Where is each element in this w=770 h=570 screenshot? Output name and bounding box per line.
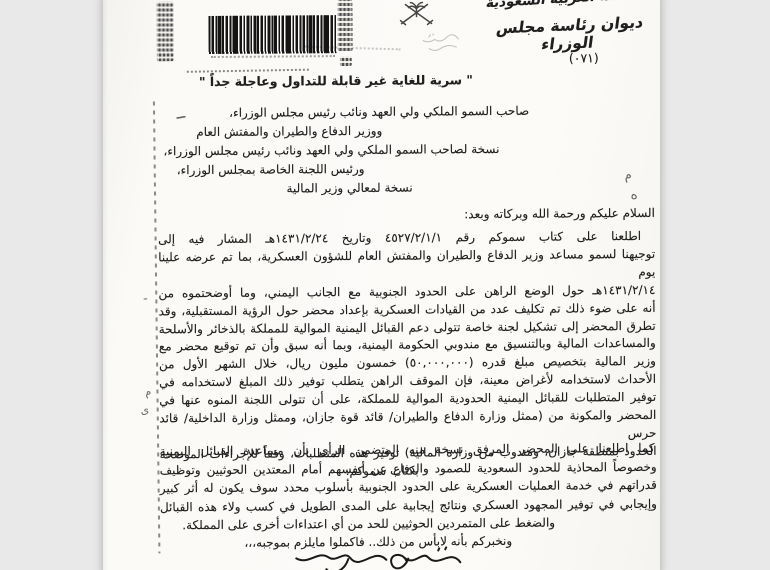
ornamental-border-left: [156, 1, 173, 61]
barcode: [208, 15, 336, 54]
body-text-line: والضغط على المتمردين الحوثيين للحد من أي…: [160, 513, 657, 535]
classification-banner: " سرية للغاية غير قابلة للتداول وعاجلة ج…: [160, 72, 512, 89]
margin-tick-mark: ــ: [175, 107, 186, 123]
recipient-line: صاحب السمو الملكي ولي العهد ونائب رئيس م…: [157, 102, 529, 124]
recipient-line: نسخة لصاحب السمو الملكي ولي العهد ونائب …: [157, 140, 499, 161]
dotted-separator: [187, 69, 309, 73]
signature-icon: [288, 544, 468, 570]
barcode-digits-row: [211, 55, 335, 58]
recipient-line: ورئيس اللجنة الخاصة بمجلس الوزراء،: [158, 160, 365, 180]
scanned-letter-screenshot: المملكة العربية السعودية ديوان رئاسة مجل…: [0, 0, 770, 570]
body-text-line: توجيهنا لسمو مساعد وزير الدفاع والطيران …: [158, 246, 655, 285]
right-margin-mark-bottom: ه: [630, 187, 639, 204]
saudi-emblem-icon: [396, 0, 436, 28]
recipient-line: نسخة لمعالي وزير المالية: [158, 179, 413, 200]
scan-content: المملكة العربية السعودية ديوان رئاسة مجل…: [101, 0, 662, 570]
paper-sheet: المملكة العربية السعودية ديوان رئاسة مجل…: [103, 0, 660, 570]
body-text-line: وإيجابي في توفير المجهود العسكري ونتائج …: [160, 494, 657, 516]
kingdom-title: المملكة العربية السعودية: [480, 0, 654, 12]
recipient-line: ووزير الدفاع والطيران والمفتش العام: [157, 122, 382, 143]
salutation-line: السلام عليكم ورحمة الله وبركاته وبعد:: [158, 206, 655, 223]
left-margin-mark-bottom: ى: [139, 403, 150, 417]
left-margin-mark-top: م: [142, 385, 153, 400]
letterhead-number: (٠٧١): [549, 50, 619, 65]
ornamental-chip: [340, 56, 352, 66]
left-margin-dash-mark: ـ: [143, 289, 148, 302]
body-paragraph-2: كما اطلعنا على المحضر المرفق نسخة منه ال…: [159, 439, 657, 535]
ornamental-border-right: [337, 0, 352, 51]
handwritten-scribble: [399, 29, 465, 57]
recipients-block: صاحب السمو الملكي ولي العهد ونائب رئيس م…: [157, 101, 655, 199]
